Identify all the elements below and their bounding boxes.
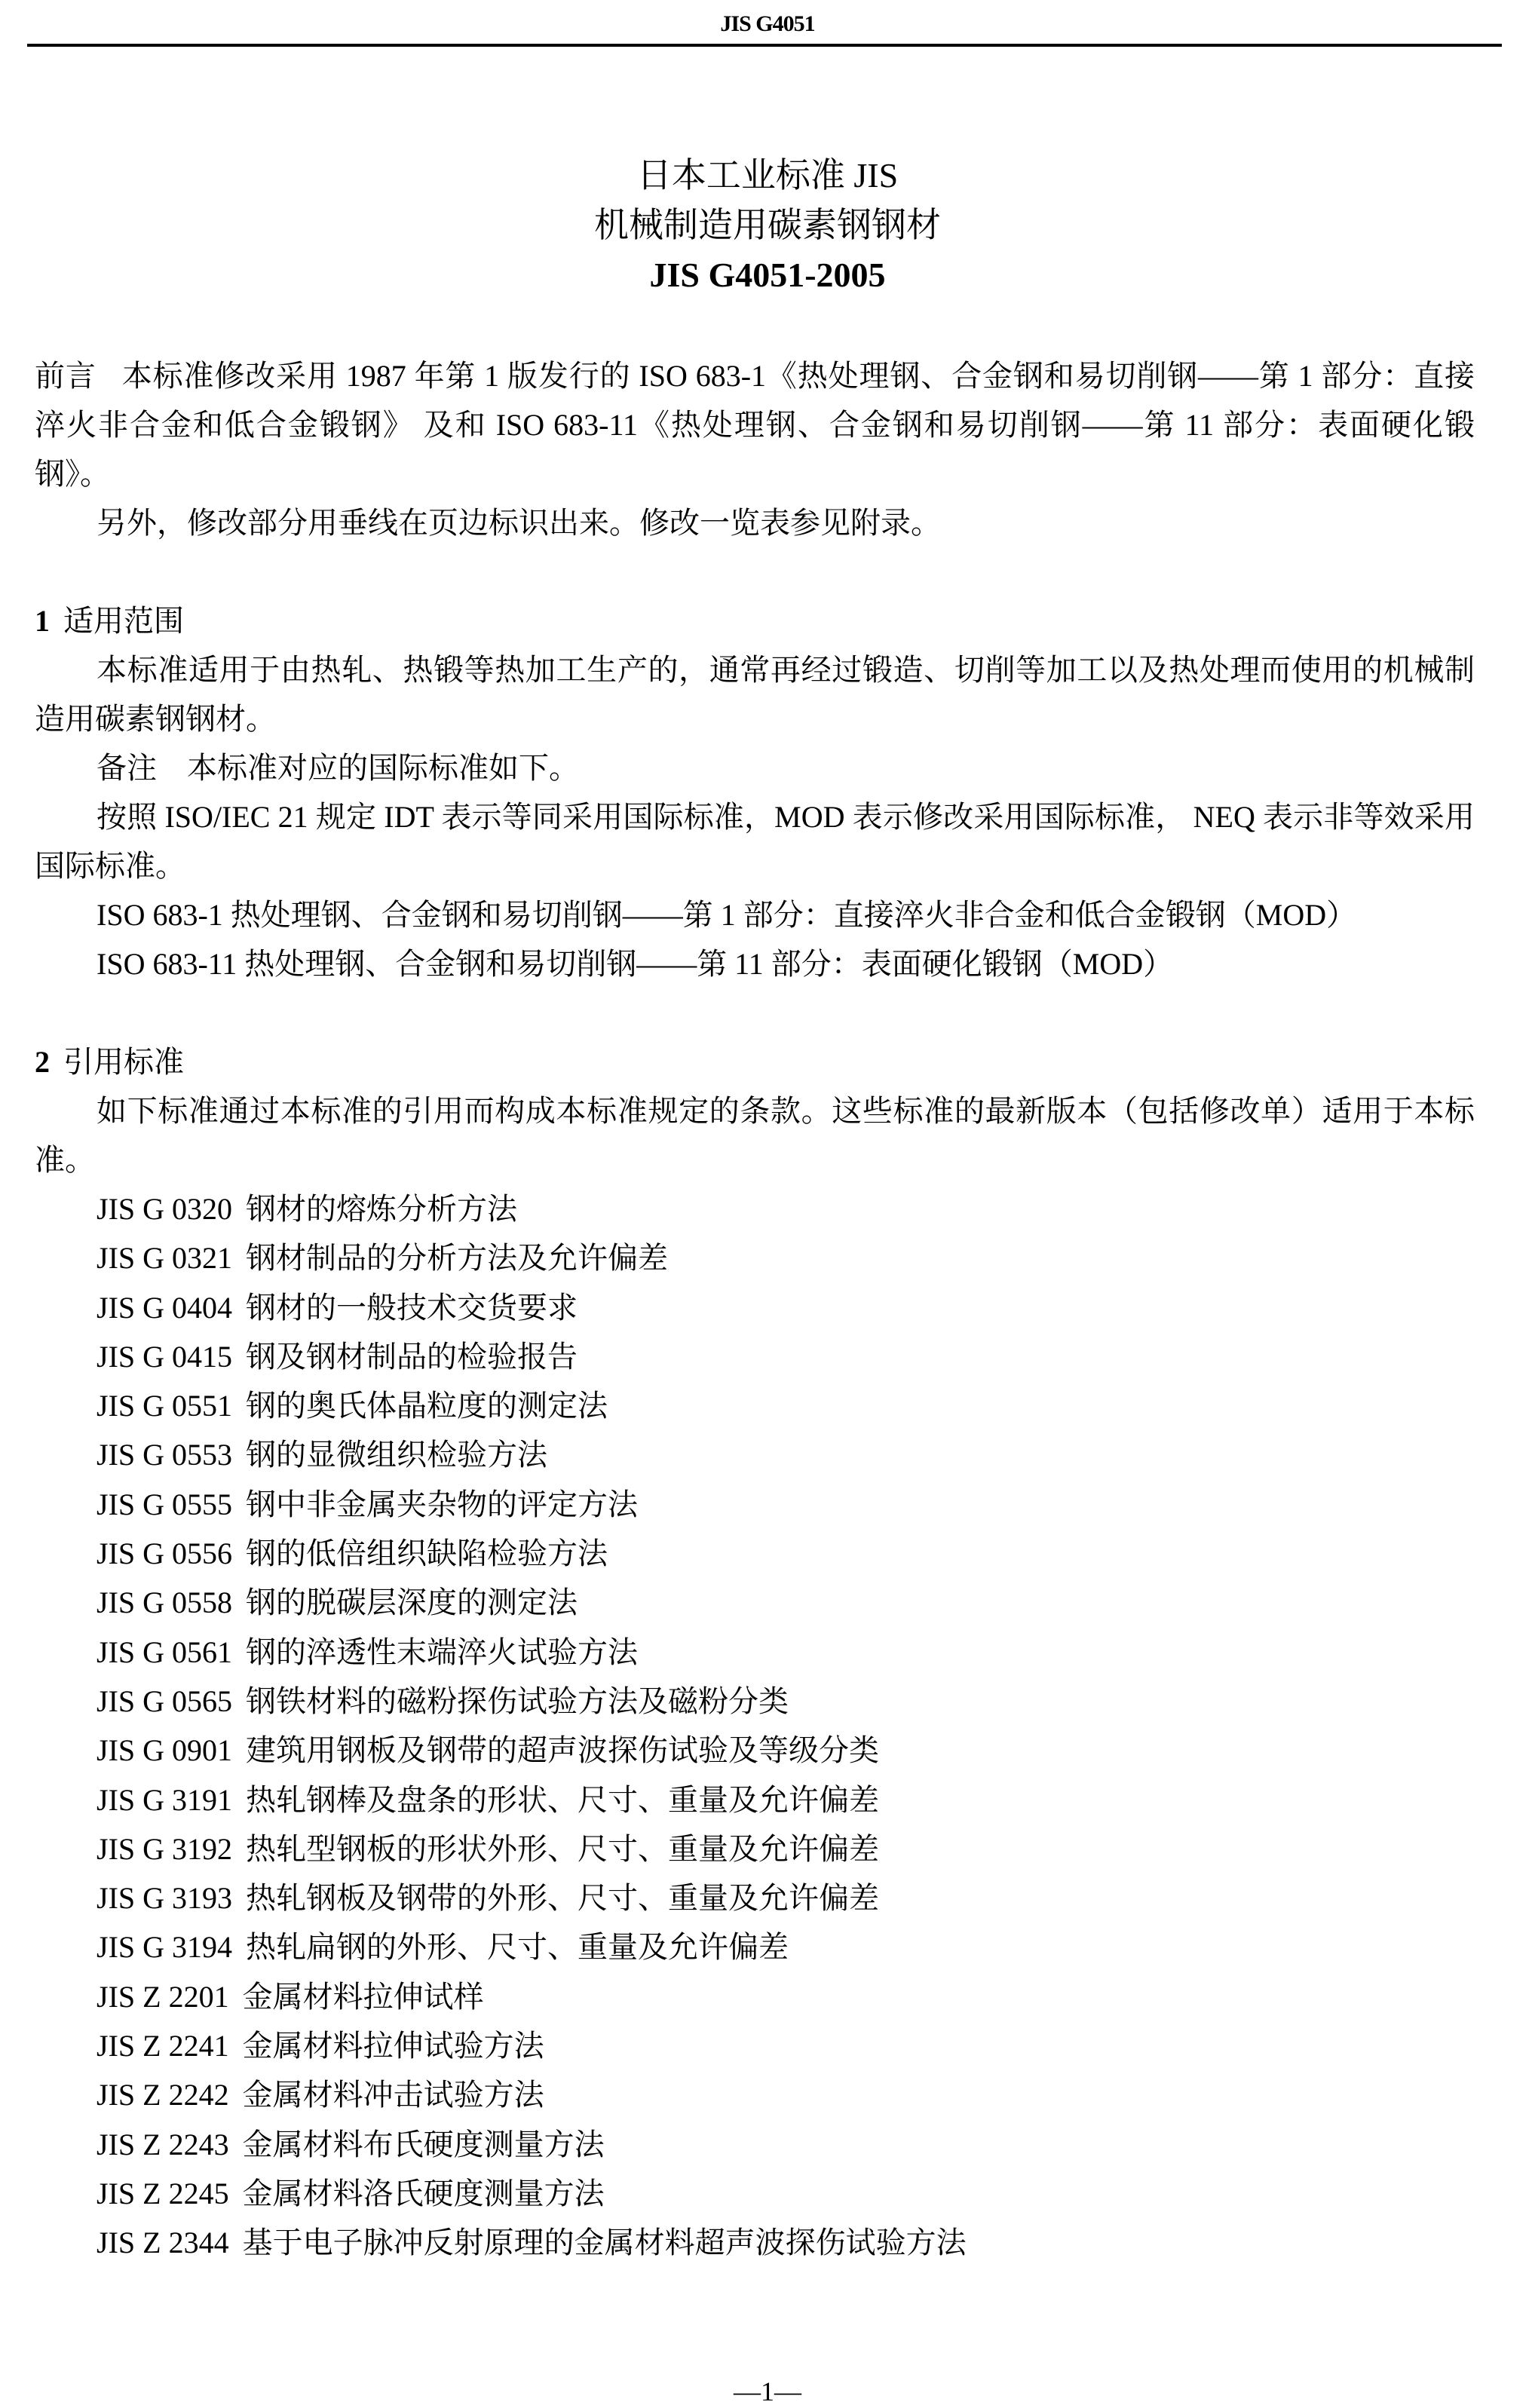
reference-code: JIS G 0320 (97, 1184, 232, 1233)
section-1-remark: 备注 本标准对应的国际标准如下。 (35, 743, 1475, 792)
reference-code: JIS G 0558 (97, 1578, 232, 1627)
reference-code: JIS G 0553 (97, 1430, 232, 1479)
list-item: JIS Z 2243金属材料布氏硬度测量方法 (35, 2120, 1475, 2169)
list-item: JIS G 0556钢的低倍组织缺陷检验方法 (35, 1529, 1475, 1578)
foreword-paragraph: 前言本标准修改采用 1987 年第 1 版发行的 ISO 683-1《热处理钢、… (35, 351, 1475, 498)
section-2-intro-paragraph: 如下标准通过本标准的引用而构成本标准规定的条款。这些标准的最新版本（包括修改单）… (35, 1086, 1475, 1184)
reference-title: 金属材料拉伸试样 (243, 1980, 484, 2014)
reference-title: 热轧扁钢的外形、尺寸、重量及允许偏差 (246, 1930, 789, 1964)
list-item: JIS Z 2344基于电子脉冲反射原理的金属材料超声波探伤试验方法 (35, 2218, 1475, 2267)
reference-code: JIS G 3192 (97, 1824, 232, 1873)
title-code-line: JIS G4051-2005 (0, 250, 1535, 300)
document-body: 前言本标准修改采用 1987 年第 1 版发行的 ISO 683-1《热处理钢、… (35, 351, 1475, 2268)
reference-code: JIS G 3191 (97, 1775, 232, 1824)
reference-title: 钢的淬透性末端淬火试验方法 (246, 1635, 638, 1669)
list-item: JIS G 0555钢中非金属夹杂物的评定方法 (35, 1480, 1475, 1529)
list-item: JIS G 3192热轧型钢板的形状外形、尺寸、重量及允许偏差 (35, 1824, 1475, 1873)
reference-title: 热轧钢棒及盘条的形状、尺寸、重量及允许偏差 (246, 1783, 879, 1817)
foreword-note: 另外，修改部分用垂线在页边标识出来。修改一览表参见附录。 (35, 498, 1475, 547)
reference-title: 钢的脱碳层深度的测定法 (246, 1585, 578, 1619)
iso-reference-2: ISO 683-11 热处理钢、合金钢和易切削钢——第 11 部分：表面硬化锻钢… (35, 939, 1475, 988)
reference-title: 金属材料冲击试验方法 (243, 2078, 544, 2112)
list-item: JIS G 0404钢材的一般技术交货要求 (35, 1283, 1475, 1332)
list-item: JIS G 0553钢的显微组织检验方法 (35, 1430, 1475, 1479)
list-item: JIS Z 2201金属材料拉伸试样 (35, 1972, 1475, 2021)
reference-title: 钢中非金属夹杂物的评定方法 (246, 1487, 638, 1521)
reference-title: 基于电子脉冲反射原理的金属材料超声波探伤试验方法 (243, 2226, 967, 2259)
section-1-scope-paragraph: 本标准适用于由热轧、热锻等热加工生产的，通常再经过锻造、切削等加工以及热处理而使… (35, 645, 1475, 743)
reference-code: JIS G 0404 (97, 1283, 232, 1332)
reference-title: 钢铁材料的磁粉探伤试验方法及磁粉分类 (246, 1684, 789, 1718)
reference-code: JIS G 0556 (97, 1529, 232, 1578)
reference-title: 金属材料布氏硬度测量方法 (243, 2128, 605, 2161)
reference-title: 钢及钢材制品的检验报告 (246, 1340, 578, 1374)
title-subject-line: 机械制造用碳素钢钢材 (0, 201, 1535, 250)
reference-title: 建筑用钢板及钢带的超声波探伤试验及等级分类 (246, 1733, 879, 1767)
document-title: 日本工业标准 JIS 机械制造用碳素钢钢材 JIS G4051-2005 (0, 151, 1535, 300)
list-item: JIS G 0321钢材制品的分析方法及允许偏差 (35, 1233, 1475, 1282)
section-2-heading: 2引用标准 (35, 1037, 1475, 1086)
list-item: JIS G 0320钢材的熔炼分析方法 (35, 1184, 1475, 1233)
list-item: JIS G 0565钢铁材料的磁粉探伤试验方法及磁粉分类 (35, 1677, 1475, 1726)
running-header: JIS G4051 (0, 11, 1535, 38)
list-item: JIS G 3194热轧扁钢的外形、尺寸、重量及允许偏差 (35, 1922, 1475, 1971)
page-number: —1— (0, 2376, 1535, 2406)
section-1-title: 适用范围 (63, 604, 184, 638)
iso-reference-1: ISO 683-1 热处理钢、合金钢和易切削钢——第 1 部分：直接淬火非合金和… (35, 890, 1475, 939)
reference-code: JIS G 0561 (97, 1628, 232, 1677)
reference-title: 钢材制品的分析方法及允许偏差 (246, 1241, 668, 1275)
reference-title: 金属材料洛氏硬度测量方法 (243, 2177, 605, 2210)
reference-title: 钢的显微组织检验方法 (246, 1438, 547, 1472)
list-item: JIS Z 2242金属材料冲击试验方法 (35, 2070, 1475, 2119)
reference-code: JIS G 0551 (97, 1381, 232, 1430)
foreword-text: 本标准修改采用 1987 年第 1 版发行的 ISO 683-1《热处理钢、合金… (35, 359, 1475, 491)
list-item: JIS G 0415钢及钢材制品的检验报告 (35, 1332, 1475, 1381)
reference-title: 热轧钢板及钢带的外形、尺寸、重量及允许偏差 (246, 1881, 879, 1915)
foreword-label: 前言 (35, 359, 97, 393)
reference-title: 钢的低倍组织缺陷检验方法 (246, 1536, 608, 1570)
reference-code: JIS Z 2245 (97, 2169, 229, 2218)
reference-code: JIS Z 2243 (97, 2120, 229, 2169)
reference-code: JIS G 0565 (97, 1677, 232, 1726)
normative-references-list: JIS G 0320钢材的熔炼分析方法 JIS G 0321钢材制品的分析方法及… (35, 1184, 1475, 2268)
reference-code: JIS Z 2242 (97, 2070, 229, 2119)
section-1-heading: 1适用范围 (35, 596, 1475, 645)
title-standard-line: 日本工业标准 JIS (0, 151, 1535, 201)
list-item: JIS G 0551钢的奥氏体晶粒度的测定法 (35, 1381, 1475, 1430)
reference-title: 热轧型钢板的形状外形、尺寸、重量及允许偏差 (246, 1832, 879, 1866)
reference-code: JIS Z 2241 (97, 2021, 229, 2070)
reference-title: 钢材的一般技术交货要求 (246, 1291, 578, 1325)
reference-code: JIS G 0555 (97, 1480, 232, 1529)
list-item: JIS G 3193热轧钢板及钢带的外形、尺寸、重量及允许偏差 (35, 1873, 1475, 1922)
reference-code: JIS G 0415 (97, 1332, 232, 1381)
section-1-number: 1 (35, 604, 50, 638)
reference-code: JIS G 3194 (97, 1922, 232, 1971)
list-item: JIS G 0558钢的脱碳层深度的测定法 (35, 1578, 1475, 1627)
header-rule (27, 44, 1502, 47)
reference-code: JIS G 3193 (97, 1873, 232, 1922)
reference-title: 钢的奥氏体晶粒度的测定法 (246, 1389, 608, 1423)
reference-code: JIS Z 2344 (97, 2218, 229, 2267)
section-1-idt-mod-neq-paragraph: 按照 ISO/IEC 21 规定 IDT 表示等同采用国际标准，MOD 表示修改… (35, 792, 1475, 890)
spacer (35, 547, 1475, 596)
spacer (35, 988, 1475, 1037)
list-item: JIS Z 2241金属材料拉伸试验方法 (35, 2021, 1475, 2070)
reference-title: 钢材的熔炼分析方法 (246, 1192, 517, 1226)
reference-code: JIS G 0321 (97, 1233, 232, 1282)
reference-title: 金属材料拉伸试验方法 (243, 2029, 544, 2063)
section-2-number: 2 (35, 1045, 50, 1079)
list-item: JIS Z 2245金属材料洛氏硬度测量方法 (35, 2169, 1475, 2218)
section-2-title: 引用标准 (63, 1045, 184, 1079)
reference-code: JIS Z 2201 (97, 1972, 229, 2021)
reference-code: JIS G 0901 (97, 1726, 232, 1775)
list-item: JIS G 3191热轧钢棒及盘条的形状、尺寸、重量及允许偏差 (35, 1775, 1475, 1824)
list-item: JIS G 0561钢的淬透性末端淬火试验方法 (35, 1628, 1475, 1677)
list-item: JIS G 0901建筑用钢板及钢带的超声波探伤试验及等级分类 (35, 1726, 1475, 1775)
